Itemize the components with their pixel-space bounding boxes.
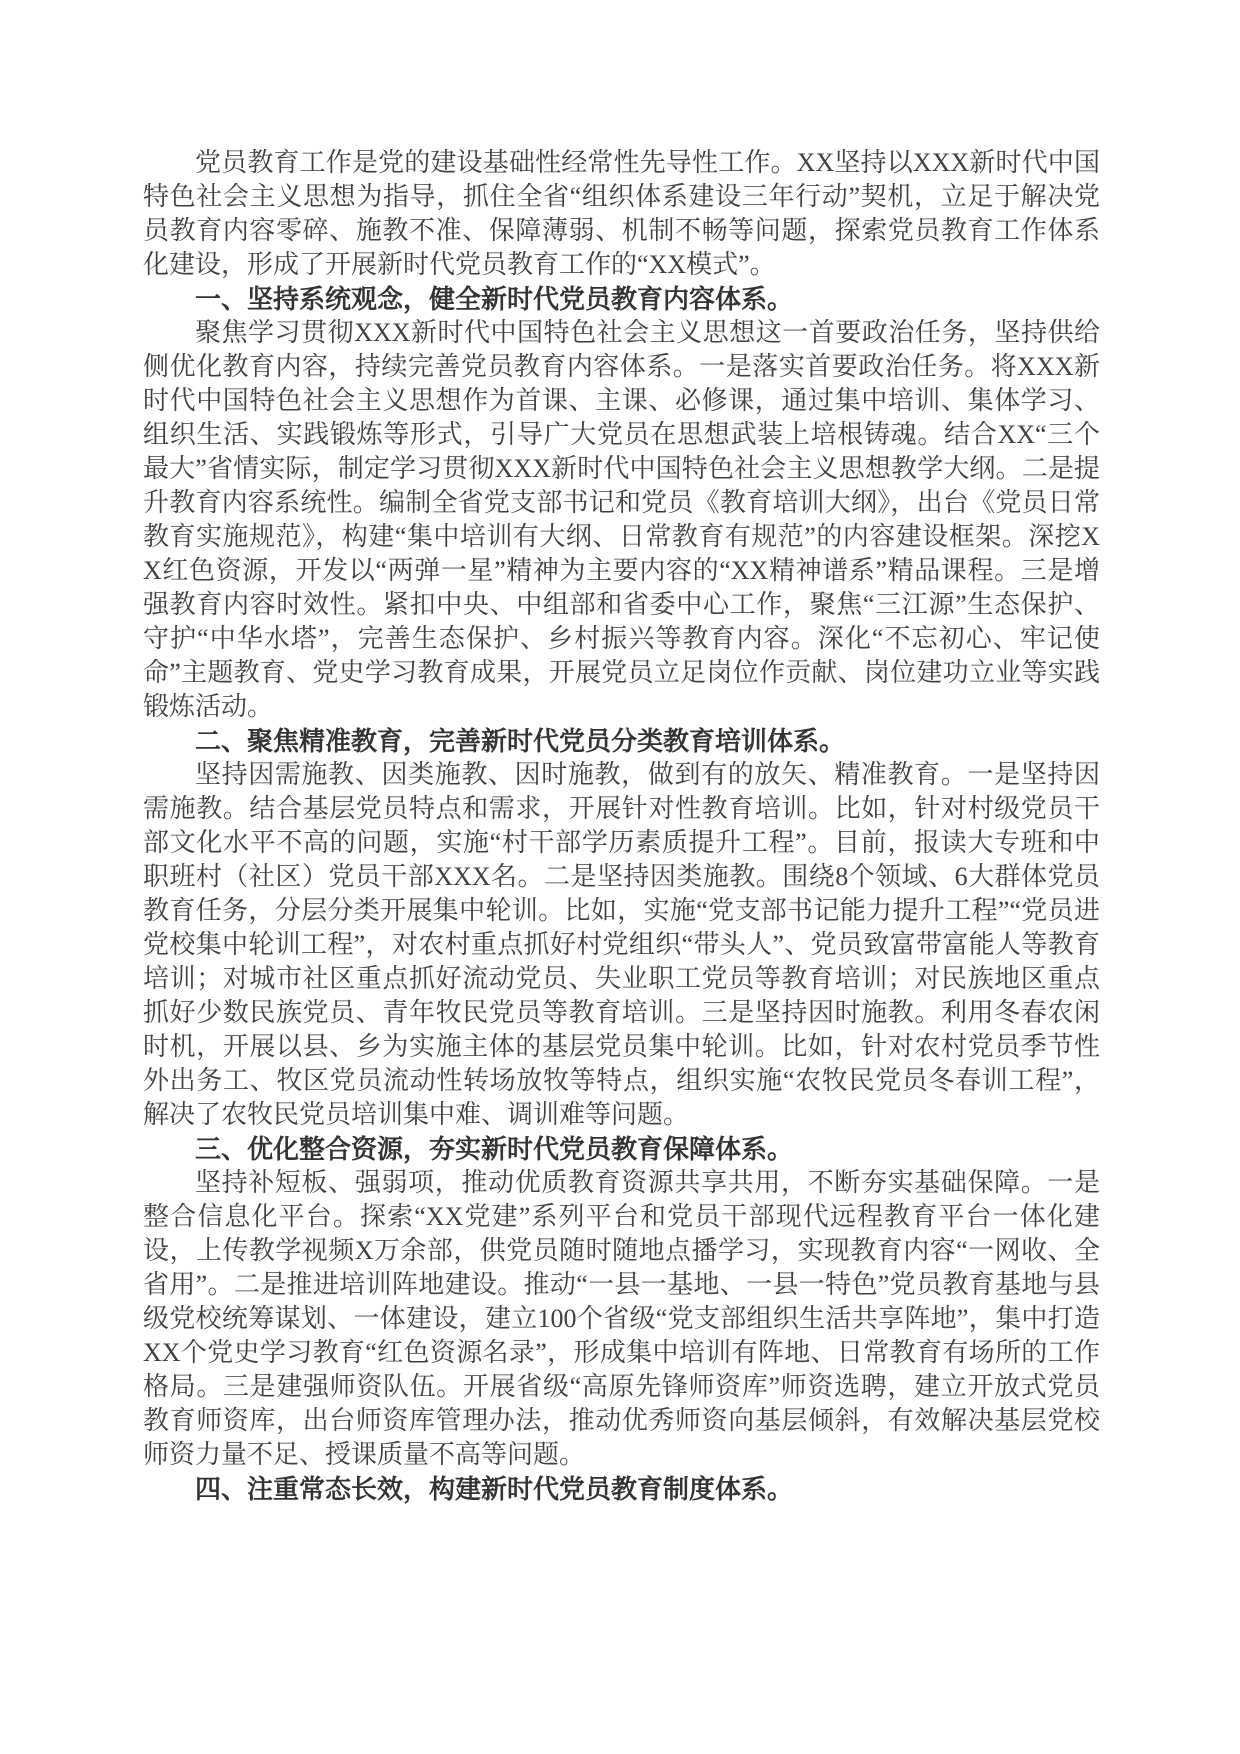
document-page: 党员教育工作是党的建设基础性经常性先导性工作。XX坚持以XXX新时代中国特色社会…: [0, 0, 1240, 1754]
intro-paragraph: 党员教育工作是党的建设基础性经常性先导性工作。XX坚持以XXX新时代中国特色社会…: [143, 146, 1100, 282]
section-2-heading: 二、聚焦精准教育，完善新时代党员分类教育培训体系。: [143, 724, 1100, 758]
section-1-paragraph: 聚焦学习贯彻XXX新时代中国特色社会主义思想这一首要政治任务，坚持供给侧优化教育…: [143, 316, 1100, 724]
section-4-heading: 四、注重常态长效，构建新时代党员教育制度体系。: [143, 1472, 1100, 1506]
document-body: 党员教育工作是党的建设基础性经常性先导性工作。XX坚持以XXX新时代中国特色社会…: [143, 146, 1100, 1506]
section-1-heading: 一、坚持系统观念，健全新时代党员教育内容体系。: [143, 282, 1100, 316]
section-3-paragraph: 坚持补短板、强弱项，推动优质教育资源共享共用，不断夯实基础保障。一是整合信息化平…: [143, 1166, 1100, 1472]
section-2-paragraph: 坚持因需施教、因类施教、因时施教，做到有的放矢、精准教育。一是坚持因需施教。结合…: [143, 758, 1100, 1132]
section-3-heading: 三、优化整合资源，夯实新时代党员教育保障体系。: [143, 1132, 1100, 1166]
